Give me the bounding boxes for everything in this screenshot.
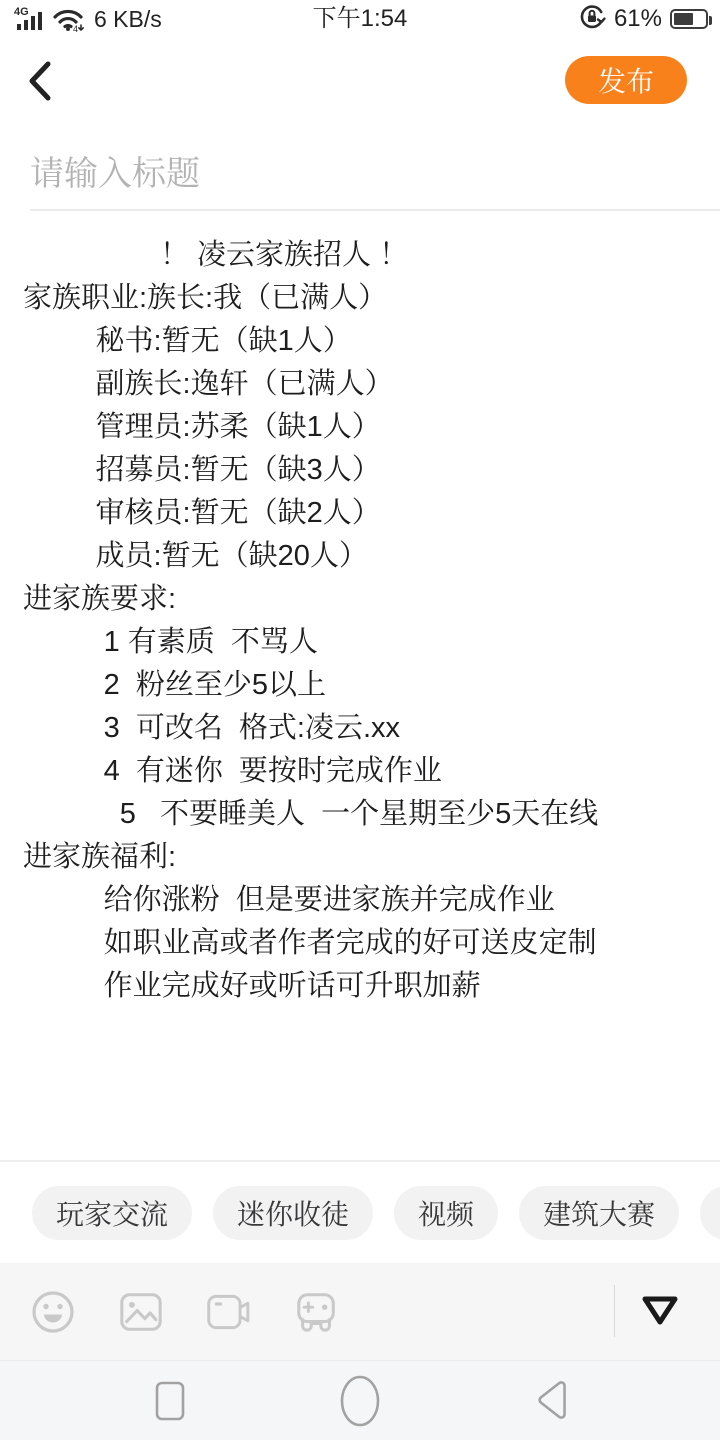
video-icon <box>206 1291 252 1333</box>
tag-chip-mini-apprentice[interactable]: 迷你收徒 <box>213 1186 373 1240</box>
editor-toolbar <box>0 1263 720 1360</box>
insert-video-button[interactable] <box>206 1289 252 1335</box>
home-icon <box>339 1374 381 1428</box>
chevron-left-icon <box>24 59 54 103</box>
nav-back-button[interactable] <box>508 1361 598 1440</box>
tag-chip-player-chat[interactable]: 玩家交流 <box>32 1186 192 1240</box>
tag-chip-video[interactable]: 视频 <box>394 1186 498 1240</box>
emoji-button[interactable] <box>30 1289 76 1335</box>
rotation-lock-icon <box>578 3 606 36</box>
game-icon <box>294 1289 340 1335</box>
collapse-keyboard-button[interactable] <box>636 1287 684 1335</box>
battery-icon <box>670 9 708 29</box>
network-speed-label: 6 KB/s <box>94 0 162 38</box>
post-body-editor[interactable]: ！ 凌云家族招人 ！ 家族职业:族长:我（已满人） 秘书:暂无（缺1人） 副族长… <box>23 234 704 1008</box>
collapse-triangle-icon <box>639 1295 681 1327</box>
svg-text:4G: 4G <box>14 6 29 18</box>
insert-game-button[interactable] <box>294 1289 340 1335</box>
top-nav: 发布 <box>0 38 720 130</box>
publish-button[interactable]: 发布 <box>565 56 687 104</box>
recents-icon <box>155 1380 185 1422</box>
wifi-sub-label: 4 <box>73 24 78 33</box>
back-icon <box>536 1381 570 1421</box>
tag-chip-partial[interactable] <box>700 1186 720 1240</box>
cellular-signal-icon: 4G <box>14 5 46 38</box>
toolbar-divider <box>614 1285 615 1337</box>
wifi-icon: 4 <box>52 5 86 38</box>
title-divider <box>30 209 720 211</box>
app-screen: 4G 4 6 KB/s 下午1:54 <box>0 0 720 1440</box>
emoji-icon <box>30 1289 76 1335</box>
insert-image-button[interactable] <box>118 1289 164 1335</box>
nav-recents-button[interactable] <box>125 1361 215 1440</box>
battery-percent-label: 61% <box>614 5 662 33</box>
clock-label: 下午1:54 <box>313 0 408 38</box>
image-icon <box>118 1289 164 1335</box>
android-navbar <box>0 1360 720 1440</box>
status-bar: 4G 4 6 KB/s 下午1:54 <box>0 0 720 38</box>
tags-row: 玩家交流 迷你收徒 视频 建筑大赛 <box>0 1162 720 1263</box>
nav-home-button[interactable] <box>315 1361 405 1440</box>
title-input[interactable]: 请输入标题 <box>30 146 690 195</box>
back-button[interactable] <box>24 56 68 106</box>
tag-chip-build-contest[interactable]: 建筑大赛 <box>519 1186 679 1240</box>
